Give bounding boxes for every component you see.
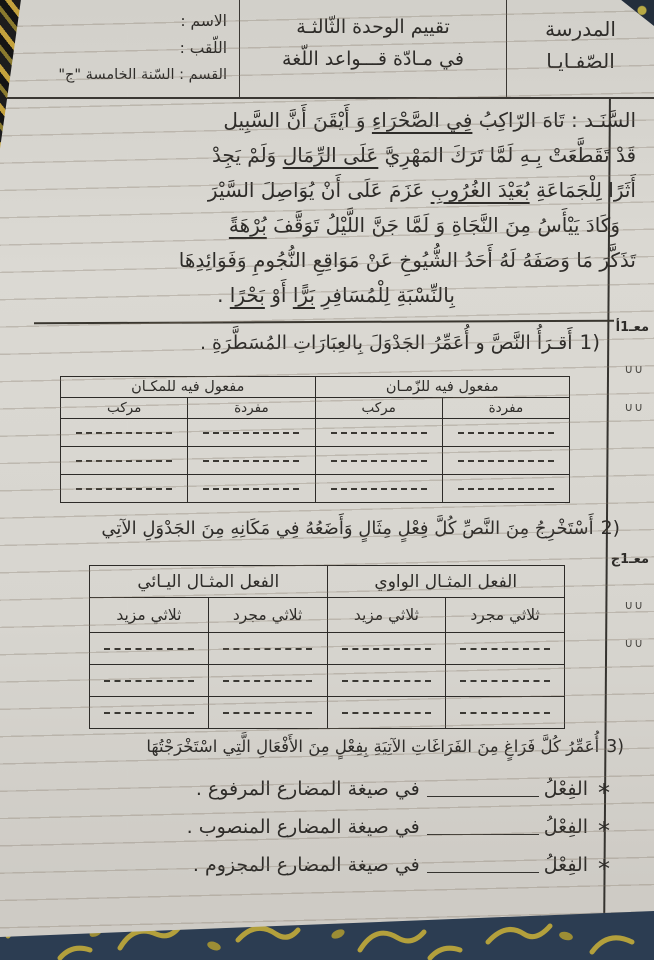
answer-cell: [446, 665, 565, 697]
reading-passage: السَّنَـد : تَاهَ الرّاكِبُ فِي الصَّحْر…: [30, 103, 642, 313]
table1-group-time: مفعول فيه للزّمـان: [315, 377, 570, 398]
exam-header: المدرسة الصّفـايـا تقييم الوحدة الثّالثـ…: [0, 0, 654, 99]
question-1-number: 1): [580, 330, 600, 354]
blank-answer-line: [458, 432, 554, 434]
answer-cell: [327, 665, 446, 697]
table2-sub-augmented: ثلاثي مزيد: [90, 598, 209, 633]
passage-line: تَذَكَّرَ مَا وَصَفَهُ لَهُ أَحَدُ الشُّ…: [30, 243, 642, 278]
answer-cell: [188, 475, 315, 503]
exam-title-line2: في مـادّة قـــواعد اللّغة: [240, 43, 506, 75]
answer-cell: [90, 633, 209, 665]
underlined-phrase: بَرًّا: [293, 283, 315, 307]
answer-cell: [327, 633, 446, 665]
fill-item-marfou: * الفِعْلُ في صيغة المضارع المرفوع .: [20, 770, 610, 808]
passage-line: بِالنِّسْبَةِ لِلْمُسَافِرِ بَرًّا أَوْ …: [30, 278, 642, 313]
question-3-text: أُعَمِّرُ كُلَّ فَرَاغٍ مِنَ الفَرَاغَات…: [146, 737, 599, 756]
answer-cell: [315, 447, 442, 475]
name-field-label: الاسم :: [4, 8, 227, 35]
blank-answer-line: [427, 782, 539, 797]
answer-cell: [442, 419, 569, 447]
table1-sub-simple: مفردة: [188, 398, 315, 419]
answer-cell: [446, 633, 565, 665]
exam-paper-page: المدرسة الصّفـايـا تقييم الوحدة الثّالثـ…: [0, 0, 654, 960]
question-2: 2)أَسْتَخْرِجُ مِنَ النَّصِّ كُلَّ فِعْل…: [101, 517, 620, 539]
grading-tick-marks: ∪∪: [624, 400, 644, 414]
answer-cell: [208, 697, 327, 729]
fill-suffix: في صيغة المضارع المنصوب .: [187, 816, 420, 838]
answer-cell: [61, 419, 188, 447]
surname-field-label: اللّقب :: [4, 35, 227, 62]
hand-drawn-divider: [34, 320, 614, 325]
underlined-phrase: عَلَى الرِّمَال: [283, 143, 379, 167]
underlined-phrase: فِي الصَّحْرَاءِ: [372, 108, 473, 132]
grading-tick-marks: ∪∪: [624, 636, 644, 650]
fill-suffix: في صيغة المضارع المرفوع .: [196, 778, 420, 800]
answer-cell: [188, 419, 315, 447]
answer-cell: [90, 665, 209, 697]
question-1: 1)أَقـرَأُ النَّصَّ و أُعَمِّرُ الجَدْوَ…: [200, 330, 600, 354]
answer-cell: [315, 419, 442, 447]
class-field-label: القسم : السّنة الخامسة "ج": [4, 62, 227, 89]
grading-margin: معـ1أ ∪∪ ∪∪ معـ1ج ∪∪ ∪∪: [608, 0, 654, 960]
fill-prefix: الفِعْلُ: [544, 778, 588, 800]
blank-answer-line: [427, 820, 539, 835]
question-1-text: أَقـرَأُ النَّصَّ و أُعَمِّرُ الجَدْوَلَ…: [200, 332, 573, 354]
photographed-exam-sheet: المدرسة الصّفـايـا تقييم الوحدة الثّالثـ…: [0, 0, 654, 960]
fill-item-majzoum: * الفِعْلُ في صيغة المضارع المجزوم .: [20, 846, 610, 884]
table2-group-ya: الفعل المثـال اليـائي: [90, 566, 328, 598]
table2-sub-augmented: ثلاثي مزيد: [327, 598, 446, 633]
criterion-note-1: معـ1أ: [616, 320, 649, 335]
answer-cell: [208, 633, 327, 665]
answer-cell: [327, 697, 446, 729]
answer-cell: [446, 697, 565, 729]
fill-suffix: في صيغة المضارع المجزوم .: [193, 854, 420, 876]
answer-cell: [442, 475, 569, 503]
passage-line: أَثَرًا لِلْجَمَاعَةِ بُعَيْدَ الغُرُوبِ…: [30, 173, 642, 208]
table1-sub-compound: مركب: [61, 398, 188, 419]
fill-prefix: الفِعْلُ: [544, 816, 588, 838]
underlined-phrase: بُرْهَةً: [229, 213, 267, 237]
exam-title-line1: تقييم الوحدة الثّالثـة: [240, 11, 506, 43]
table2-group-waw: الفعل المثـال الواوي: [327, 566, 565, 598]
fill-prefix: الفِعْلُ: [544, 854, 588, 876]
passage-line: السَّنَـد : تَاهَ الرّاكِبُ فِي الصَّحْر…: [30, 103, 642, 138]
table1-group-place: مفعول فيه للمكـان: [61, 377, 316, 398]
adverbial-table: مفعول فيه للزّمـان مفعول فيه للمكـان مفر…: [60, 376, 570, 503]
fill-item-mansoub: * الفِعْلُ في صيغة المضارع المنصوب .: [20, 808, 610, 846]
question-2-text: أَسْتَخْرِجُ مِنَ النَّصِّ كُلَّ فِعْلٍ …: [101, 518, 593, 539]
mithal-verbs-table: الفعل المثـال الواوي الفعل المثـال اليـا…: [89, 565, 565, 729]
table2-sub-bare: ثلاثي مجرد: [446, 598, 565, 633]
table2-sub-bare: ثلاثي مجرد: [208, 598, 327, 633]
answer-cell: [315, 475, 442, 503]
answer-cell: [61, 475, 188, 503]
exam-title-block: تقييم الوحدة الثّالثـة في مـادّة قـــواع…: [239, 0, 506, 97]
passage-line: وَكَادَ يَيْأَسُ مِنَ النَّجَاةِ وَ لَمَ…: [30, 208, 642, 243]
grading-tick-marks: ∪∪: [624, 362, 644, 376]
grading-tick-marks: ∪∪: [624, 598, 644, 612]
question-3: 3)أُعَمِّرُ كُلَّ فَرَاغٍ مِنَ الفَرَاغَ…: [146, 737, 624, 757]
table1-sub-simple: مفردة: [442, 398, 569, 419]
student-fields-block: الاسم : اللّقب : القسم : السّنة الخامسة …: [0, 0, 239, 97]
answer-cell: [188, 447, 315, 475]
underlined-phrase: بُعَيْدَ الغُرُوبِ: [431, 178, 530, 202]
answer-cell: [442, 447, 569, 475]
blank-answer-line: [427, 858, 539, 873]
criterion-note-2: معـ1ج: [611, 552, 649, 567]
passage-line: قَدْ تَقَطَّعَتْ بِـهِ لَمَّا تَرَكَ الم…: [30, 138, 642, 173]
answer-cell: [208, 665, 327, 697]
underlined-phrase: بَحْرًا: [230, 283, 265, 307]
answer-cell: [61, 447, 188, 475]
table1-sub-compound: مركب: [315, 398, 442, 419]
fill-in-items: * الفِعْلُ في صيغة المضارع المرفوع . * ا…: [20, 770, 610, 884]
answer-cell: [90, 697, 209, 729]
